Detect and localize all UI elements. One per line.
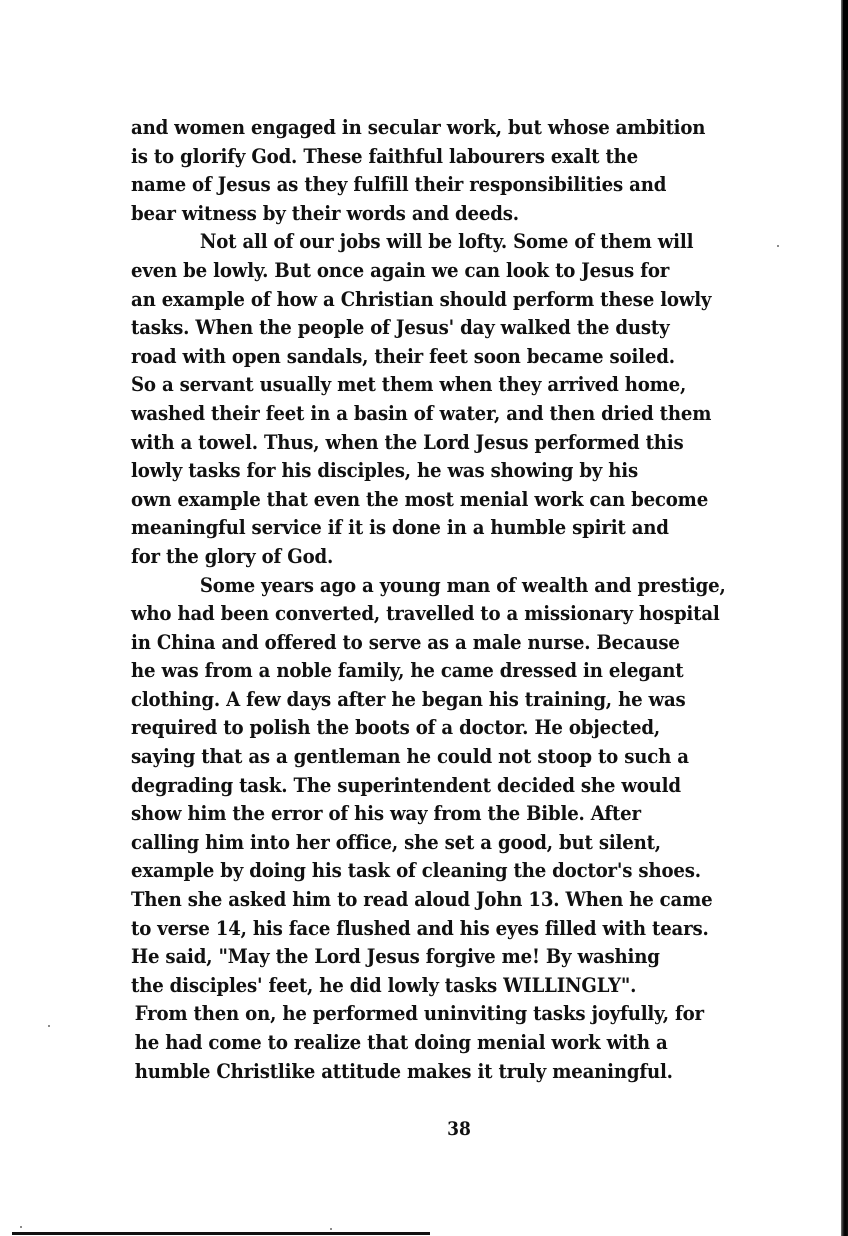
text-line: in China and offered to serve as a male … [131,629,773,658]
text-line: for the glory of God. [131,543,773,572]
text-line: to verse 14, his face flushed and his ey… [131,915,773,944]
text-line: road with open sandals, their feet soon … [131,343,773,372]
scanned-book-page: and women engaged in secular work, but w… [0,0,848,1236]
text-line: washed their feet in a basin of water, a… [131,400,773,429]
text-line: From then on, he performed uninviting ta… [131,1000,773,1029]
text-line: own example that even the most menial wo… [131,486,773,515]
text-line: even be lowly. But once again we can loo… [131,257,773,286]
text-line: an example of how a Christian should per… [131,286,773,315]
text-line: is to glorify God. These faithful labour… [131,143,773,172]
text-line: clothing. A few days after he began his … [131,686,773,715]
text-line: saying that as a gentleman he could not … [131,743,773,772]
text-line: lowly tasks for his disciples, he was sh… [131,457,773,486]
paragraph-start-line: Not all of our jobs will be lofty. Some … [131,228,773,257]
page-edge-shadow-top [843,0,848,70]
text-line: He said, "May the Lord Jesus forgive me!… [131,943,773,972]
text-line: required to polish the boots of a doctor… [131,714,773,743]
scan-speck [777,245,779,247]
page-edge-shadow [841,0,848,1236]
text-line: degrading task. The superintendent decid… [131,772,773,801]
text-line: humble Christlike attitude makes it trul… [131,1058,773,1087]
text-line: tasks. When the people of Jesus' day wal… [131,314,773,343]
text-line: the disciples' feet, he did lowly tasks … [131,972,773,1001]
text-line: So a servant usually met them when they … [131,371,773,400]
text-line: with a towel. Thus, when the Lord Jesus … [131,429,773,458]
text-line: show him the error of his way from the B… [131,800,773,829]
page-number: 38 [46,1118,848,1140]
text-line: he had come to realize that doing menial… [131,1029,773,1058]
paragraph-start-line: Some years ago a young man of wealth and… [131,572,773,601]
text-line: calling him into her office, she set a g… [131,829,773,858]
scan-speck [20,1226,22,1228]
body-text: and women engaged in secular work, but w… [131,114,821,1086]
text-line: and women engaged in secular work, but w… [131,114,773,143]
text-line: bear witness by their words and deeds. [131,200,773,229]
text-line: he was from a noble family, he came dres… [131,657,773,686]
scan-speck [330,1228,332,1230]
text-line: meaningful service if it is done in a hu… [131,514,773,543]
text-line: who had been converted, travelled to a m… [131,600,773,629]
scan-bottom-rule [12,1232,430,1235]
text-line: name of Jesus as they fulfill their resp… [131,171,773,200]
text-line: example by doing his task of cleaning th… [131,857,773,886]
text-line: Then she asked him to read aloud John 13… [131,886,773,915]
scan-speck [48,1025,50,1027]
